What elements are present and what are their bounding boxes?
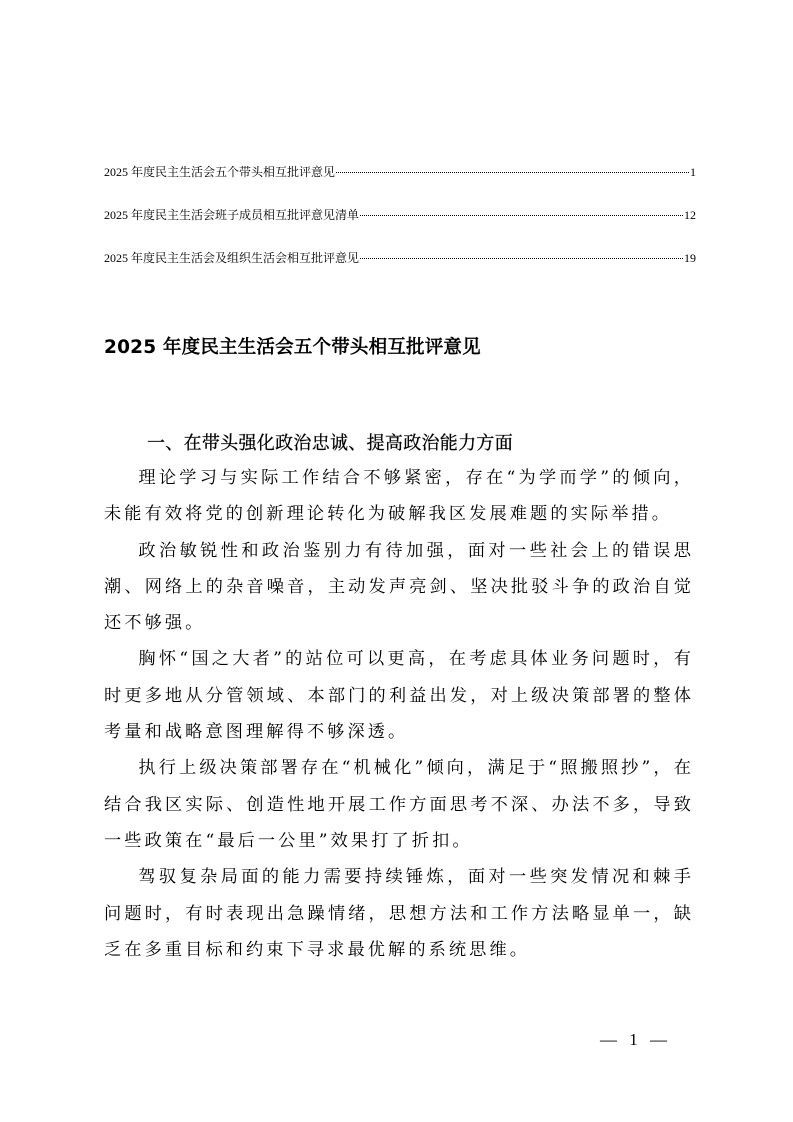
toc-leader-dots xyxy=(360,257,683,259)
paragraph: 驾驭复杂局面的能力需要持续锤炼，面对一些突发情况和棘手问题时，有时表现出急躁情绪… xyxy=(104,859,694,968)
toc-item[interactable]: 2025 年度民主生活会五个带头相互批评意见 1 xyxy=(104,162,696,182)
section-body: 一、在带头强化政治忠诚、提高政治能力方面 理论学习与实际工作结合不够紧密，存在“… xyxy=(104,428,694,968)
document-title: 2025 年度民主生活会五个带头相互批评意见 xyxy=(104,333,481,359)
toc-leader-dots xyxy=(336,171,689,173)
toc-item-title: 2025 年度民主生活会班子成员相互批评意见清单 xyxy=(104,205,359,225)
paragraph: 胸怀“国之大者”的站位可以更高，在考虑具体业务问题时，有时更多地从分管领域、本部… xyxy=(104,641,694,750)
toc-item[interactable]: 2025 年度民主生活会及组织生活会相互批评意见 19 xyxy=(104,248,696,268)
paragraph: 执行上级决策部署存在“机械化”倾向，满足于“照搬照抄”，在结合我区实际、创造性地… xyxy=(104,750,694,859)
toc-item-page: 19 xyxy=(684,248,696,268)
paragraph: 政治敏锐性和政治鉴别力有待加强，面对一些社会上的错误思潮、网络上的杂音噪音，主动… xyxy=(104,533,694,642)
page-number: — 1 — xyxy=(600,1030,671,1050)
toc-item-page: 1 xyxy=(690,162,696,182)
paragraph: 理论学习与实际工作结合不够紧密，存在“为学而学”的倾向，未能有效将党的创新理论转… xyxy=(104,460,694,533)
toc-item[interactable]: 2025 年度民主生活会班子成员相互批评意见清单 12 xyxy=(104,205,696,225)
toc-item-title: 2025 年度民主生活会五个带头相互批评意见 xyxy=(104,162,335,182)
toc-item-title: 2025 年度民主生活会及组织生活会相互批评意见 xyxy=(104,248,359,268)
toc-leader-dots xyxy=(360,214,683,216)
section-heading: 一、在带头强化政治忠诚、提高政治能力方面 xyxy=(147,428,694,460)
toc-item-page: 12 xyxy=(684,205,696,225)
table-of-contents: 2025 年度民主生活会五个带头相互批评意见 1 2025 年度民主生活会班子成… xyxy=(104,162,696,291)
